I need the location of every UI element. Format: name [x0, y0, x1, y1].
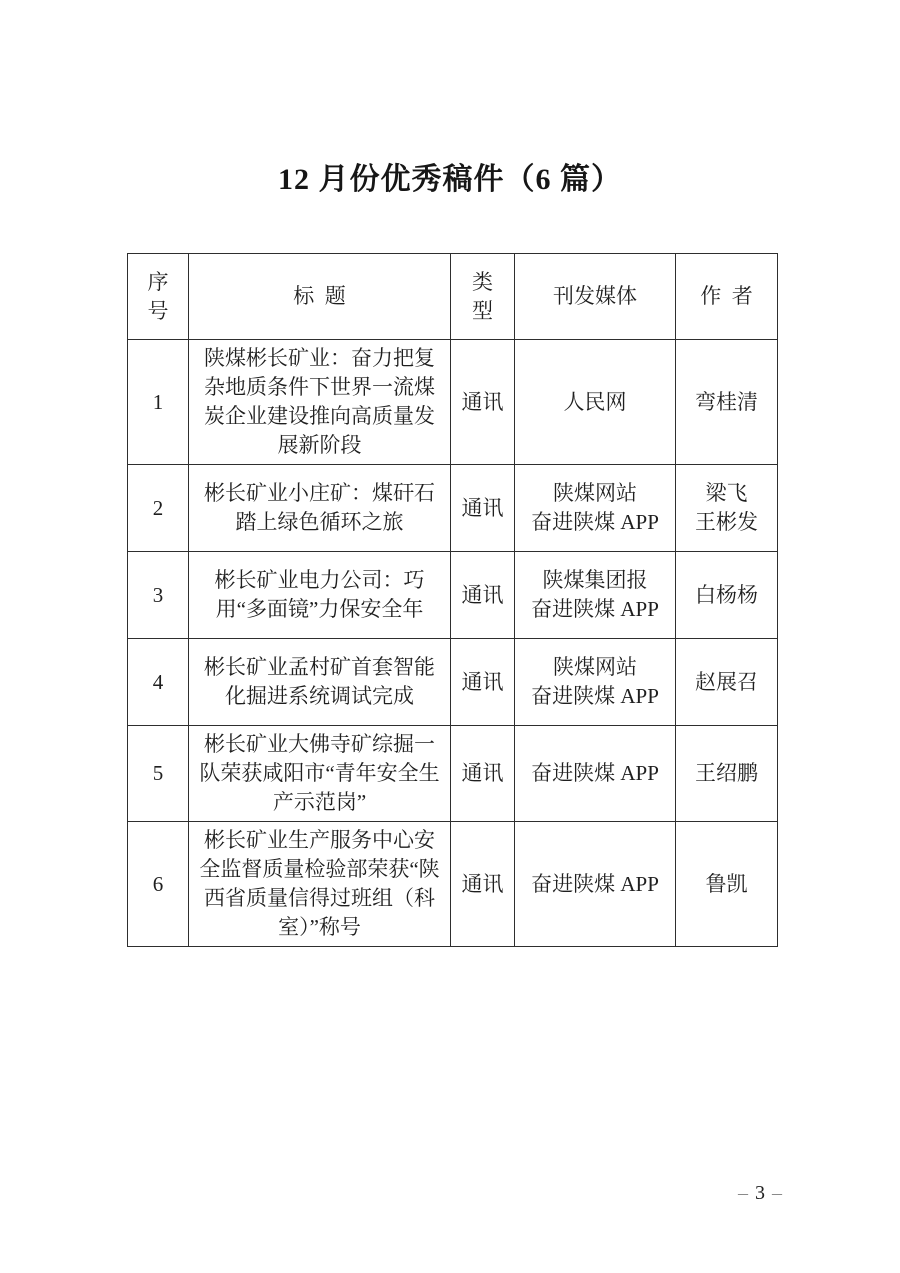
- table-row: 6 彬长矿业生产服务中心安全监督质量检验部荣获“陕西省质量信得过班组（科室）”称…: [128, 822, 778, 947]
- cell-serial: 4: [128, 639, 189, 726]
- cell-type: 通讯: [451, 726, 515, 822]
- cell-title: 彬长矿业孟村矿首套智能化掘进系统调试完成: [189, 639, 451, 726]
- cell-media: 奋进陕煤 APP: [515, 726, 676, 822]
- page-number-value: 3: [755, 1182, 765, 1204]
- cell-author: 王绍鹏: [676, 726, 778, 822]
- header-cell-author: 作 者: [676, 254, 778, 340]
- cell-serial: 2: [128, 465, 189, 552]
- page-number-dash-right: –: [765, 1182, 789, 1204]
- table-row: 2 彬长矿业小庄矿：煤矸石踏上绿色循环之旅 通讯 陕煤网站 奋进陕煤 APP 梁…: [128, 465, 778, 552]
- cell-media: 陕煤集团报 奋进陕煤 APP: [515, 552, 676, 639]
- header-cell-media: 刊发媒体: [515, 254, 676, 340]
- page-title: 12 月份优秀稿件（6 篇）: [0, 160, 900, 200]
- cell-author: 赵展召: [676, 639, 778, 726]
- cell-media: 陕煤网站 奋进陕煤 APP: [515, 465, 676, 552]
- page-number-dash-left: –: [731, 1182, 755, 1204]
- cell-title: 彬长矿业电力公司：巧用“多面镜”力保安全年: [189, 552, 451, 639]
- table-row: 5 彬长矿业大佛寺矿综掘一队荣获咸阳市“青年安全生产示范岗” 通讯 奋进陕煤 A…: [128, 726, 778, 822]
- cell-type: 通讯: [451, 822, 515, 947]
- cell-media: 奋进陕煤 APP: [515, 822, 676, 947]
- cell-media: 人民网: [515, 340, 676, 465]
- cell-type: 通讯: [451, 340, 515, 465]
- cell-title: 彬长矿业大佛寺矿综掘一队荣获咸阳市“青年安全生产示范岗”: [189, 726, 451, 822]
- cell-title: 彬长矿业小庄矿：煤矸石踏上绿色循环之旅: [189, 465, 451, 552]
- cell-type: 通讯: [451, 552, 515, 639]
- table-row: 4 彬长矿业孟村矿首套智能化掘进系统调试完成 通讯 陕煤网站 奋进陕煤 APP …: [128, 639, 778, 726]
- cell-title: 彬长矿业生产服务中心安全监督质量检验部荣获“陕西省质量信得过班组（科室）”称号: [189, 822, 451, 947]
- cell-type: 通讯: [451, 639, 515, 726]
- cell-type: 通讯: [451, 465, 515, 552]
- cell-serial: 6: [128, 822, 189, 947]
- header-cell-serial: 序 号: [128, 254, 189, 340]
- table-header-row: 序 号 标 题 类 型 刊发媒体 作 者: [128, 254, 778, 340]
- cell-author: 鲁凯: [676, 822, 778, 947]
- document-page: 12 月份优秀稿件（6 篇） 序 号 标 题 类 型 刊发媒体 作 者 1 陕煤…: [0, 0, 900, 1273]
- cell-author: 弯桂清: [676, 340, 778, 465]
- page-number: –3–: [700, 1180, 820, 1206]
- table-row: 3 彬长矿业电力公司：巧用“多面镜”力保安全年 通讯 陕煤集团报 奋进陕煤 AP…: [128, 552, 778, 639]
- header-cell-title: 标 题: [189, 254, 451, 340]
- header-cell-type: 类 型: [451, 254, 515, 340]
- cell-serial: 5: [128, 726, 189, 822]
- cell-serial: 3: [128, 552, 189, 639]
- cell-author: 白杨杨: [676, 552, 778, 639]
- manuscripts-table: 序 号 标 题 类 型 刊发媒体 作 者 1 陕煤彬长矿业：奋力把复杂地质条件下…: [127, 253, 778, 947]
- cell-title: 陕煤彬长矿业：奋力把复杂地质条件下世界一流煤炭企业建设推向高质量发展新阶段: [189, 340, 451, 465]
- cell-author: 梁飞 王彬发: [676, 465, 778, 552]
- cell-serial: 1: [128, 340, 189, 465]
- table-row: 1 陕煤彬长矿业：奋力把复杂地质条件下世界一流煤炭企业建设推向高质量发展新阶段 …: [128, 340, 778, 465]
- cell-media: 陕煤网站 奋进陕煤 APP: [515, 639, 676, 726]
